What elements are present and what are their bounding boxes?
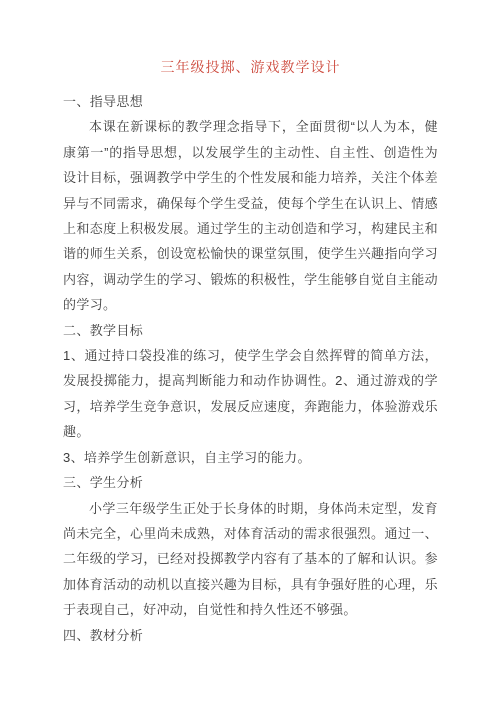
section-heading: 四、教材分析 [63,623,438,648]
paragraph: 小学三年级学生正处于长身体的时期，身体尚未定型，发育尚未完全，心里尚未成熟，对体… [63,496,438,623]
section-heading: 三、学生分析 [63,470,438,495]
document-title: 三年级投掷、游戏教学设计 [63,54,438,80]
paragraph: 3、培养学生创新意识，自主学习的能力。 [63,445,438,470]
document-body: 一、指导思想本课在新课标的教学理念指导下，全面贯彻“以人为本，健康第一”的指导思… [63,89,438,648]
document-content: 三年级投掷、游戏教学设计 一、指导思想本课在新课标的教学理念指导下，全面贯彻“以… [0,0,500,648]
section-heading: 二、教学目标 [63,318,438,343]
paragraph: 本课在新课标的教学理念指导下，全面贯彻“以人为本，健康第一”的指导思想，以发展学… [63,114,438,317]
section-heading: 一、指导思想 [63,89,438,114]
document-page: 三年级投掷、游戏教学设计 一、指导思想本课在新课标的教学理念指导下，全面贯彻“以… [0,0,500,707]
paragraph: 1、通过持口袋投准的练习，使学生学会自然挥臂的简单方法，发展投掷能力，提高判断能… [63,343,438,445]
